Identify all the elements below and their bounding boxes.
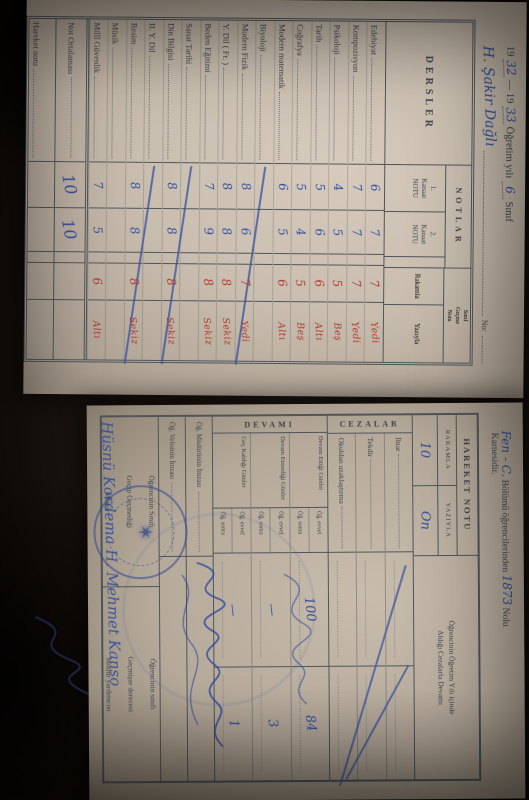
kanaat1-grade-cell: 5 <box>292 163 310 209</box>
kanaat2-grade-cell: 6 <box>237 209 255 253</box>
rakamla-grade-cell <box>181 264 199 300</box>
report-card-front-page: 19 32 — 19 33 Öğretim yılı 6 Sınıf H. Şa… <box>23 0 526 398</box>
dotted-rule <box>482 336 484 364</box>
rakamla-grade-cell <box>144 264 162 300</box>
subject-name-cell: Biyoloji <box>256 21 275 163</box>
kanaat1-grade-cell: 8 <box>126 162 144 208</box>
ceza-row: Okuldan uzaklaştırma <box>328 434 358 780</box>
separator-cell <box>218 253 236 265</box>
separator-cell <box>181 252 199 264</box>
ceza-label-cell: Tekdir <box>356 433 384 551</box>
rakamla-grade-cell: 8 <box>199 264 217 300</box>
yaziyla-grade-cell: Yedi <box>365 302 383 362</box>
yaziyla-header: YAZIYLA <box>438 484 456 555</box>
table-main-header: Öğrencinin Öğretim Yılı içinde Aldığı Ce… <box>414 556 480 779</box>
devam-sub-labels: Öğ. evvel Öğ. sonra <box>290 507 328 552</box>
veli-imza-label: Öğ. Velisinin İmzası <box>168 422 176 479</box>
hareket-notu-row: Hareket notu <box>27 19 57 359</box>
grades-table-header: DERSLER NOTLAR 1.KanaatNOTU 2.KanaatNOTU… <box>383 22 473 363</box>
grade-label: Sınıf <box>503 201 514 222</box>
subject-name-cell: Resim <box>126 20 145 162</box>
separator-cell <box>366 254 384 266</box>
subject-name-cell: Sanat Tarihi <box>182 20 201 162</box>
subject-row: Biyoloji <box>253 21 274 361</box>
subject-row: Müsik <box>105 20 126 360</box>
ogleden-sonra-label: Öğ. sonra <box>290 508 308 552</box>
rakamla-grade-cell: 6 <box>88 263 106 299</box>
report-card-back-page: Fen - C. Bölümü öğrencilerinden 1873 Nol… <box>87 402 526 800</box>
kanaat1-grade-cell <box>107 162 125 208</box>
kanaat2-grade-cell: 4 <box>292 209 310 253</box>
subject-name-cell: Modern matematik <box>274 21 293 163</box>
subject-name-cell: Millî Güvenlik <box>89 19 108 161</box>
page1-header: 19 32 — 19 33 Öğretim yılı 6 Sınıf H. Şa… <box>478 2 526 398</box>
subject-row: Beden Eğitimi 7 9 8 Sekiz <box>198 20 219 360</box>
yaziyla-grade-cell <box>254 301 272 361</box>
rakamla-header: RAKAMLA <box>438 415 456 485</box>
subject-row: II. Y. Dil <box>142 20 163 360</box>
rakamla-grade-cell: 5 <box>292 265 310 301</box>
hareket-notu-label: Hareket notu <box>31 22 41 66</box>
yaziyla-grade-cell: Sekiz <box>217 301 235 361</box>
no-suffix: Nolu <box>500 608 510 627</box>
subject-name-cell: II. Y. Dil <box>145 20 164 162</box>
subject-name-cell: Y. Dil ( Fr. ) <box>219 21 238 163</box>
subject-name-cell: Müsik <box>108 20 127 162</box>
ogleden-evvel-label: Öğ. evvel <box>308 508 327 552</box>
subject-row: Resim 8 8 8 Sekiz <box>124 20 145 360</box>
kanaat2-grade-cell: 8 <box>218 209 236 253</box>
rakamla-grade-cell: 8 <box>162 264 180 300</box>
section-handwritten: Fen - C. <box>499 431 513 478</box>
ceza-row: Tekdir <box>355 433 386 779</box>
subject-row: Sanat Tarihi <box>179 20 200 360</box>
kanaat1-grade-cell: 8 <box>163 162 181 208</box>
separator-cell <box>236 253 254 265</box>
yaziyla-grade-cell: Beş <box>328 301 346 361</box>
yaziyla-grade-cell: Beş <box>291 301 309 361</box>
year-prefix: 19 <box>504 46 515 57</box>
notlar-group-label: NOTLAR <box>444 165 471 267</box>
mudur-imza-label: Öğ. Müdürünün İmzası <box>195 422 203 488</box>
sinif-gecme-group-label: SınıfGeçmeNotu <box>443 268 471 362</box>
subject-row: Kompozisyon 7 7 7 Yedi <box>346 22 367 362</box>
term-label: Öğretim yılı <box>503 127 514 179</box>
yaziyla-grade-cell <box>143 300 161 360</box>
hareket-notu-block: HAREKET NOTU RAKAMLA YAZIYLA 10 On <box>413 415 478 556</box>
col-group-sinif-gecme: SınıfGeçmeNotu Rakamla Yazıyla <box>384 268 471 363</box>
col-header-kanaat2: 2.KanaatNOTU <box>384 211 444 257</box>
kanaat1-grade-cell: 6 <box>274 163 292 209</box>
separator-cell <box>144 252 162 264</box>
separator-cell <box>125 252 143 264</box>
cezalar-band: CEZALAR İhtar Tekdir <box>327 415 415 780</box>
student-name: H. Şakir Dağlı <box>480 46 499 147</box>
devam-label-cell: Devam Ettiği Günler <box>289 433 327 507</box>
yaziyla-grade-cell: Sekiz <box>199 300 217 360</box>
kanaat2-grade-cell: 5 <box>329 209 347 253</box>
yaziyla-grade-cell: Yedi <box>347 302 365 362</box>
kanaat1-grade-cell: 8 <box>237 163 255 209</box>
devam-label-cell: Geç Kaldığı Günler <box>213 433 251 507</box>
subject-row: Y. Dil ( Fr. ) 8 8 8 Sekiz <box>216 21 237 361</box>
subject-row: Tarih 5 6 6 Altı <box>309 21 330 361</box>
yaziyla-grade-cell: Yedi <box>236 301 254 361</box>
yaziyla-grade-cell: Altı <box>273 301 291 361</box>
devami-label: DEVAMI <box>245 420 295 429</box>
page2-header: Fen - C. Bölümü öğrencilerinden 1873 Nol… <box>489 402 526 798</box>
subject-row: Modern matematik 6 5 6 Altı <box>272 21 293 361</box>
separator-column <box>384 256 444 268</box>
year2-handwritten: 33 <box>502 106 518 125</box>
rakamla-grade-cell: 7 <box>366 266 384 302</box>
ceza-devre1-cell <box>385 551 413 665</box>
cezalar-label: CEZALAR <box>340 419 400 428</box>
separator-cell <box>162 252 180 264</box>
subject-row: Modern Fizik 8 6 7 Yedi <box>235 21 256 361</box>
kanaat2-grade-cell: 5 <box>89 207 107 251</box>
separator-cell <box>255 253 273 265</box>
rakamla-grade-cell <box>107 264 125 300</box>
col-header-rakamla: Rakamla <box>384 268 443 305</box>
yaziyla-grade-cell: Altı <box>88 299 106 359</box>
col-header-yaziyla: Yazıyla <box>384 304 444 363</box>
not-ortalamasi-row: Not Ortalaması 10 10 <box>54 19 90 359</box>
not-ortalamasi-label: Not Ortalaması <box>66 22 76 74</box>
subject-name-cell: Tarih <box>311 21 330 163</box>
ceza-devre1-cell <box>329 552 357 666</box>
student-number-handwritten: 1873 <box>500 575 514 606</box>
cezalar-rows: İhtar Tekdir Okuldan uzaklaştırma <box>328 433 414 780</box>
rakamla-grade-cell: 7 <box>236 265 254 301</box>
school-year-line: 19 32 — 19 33 Öğretim yılı 6 Sınıf <box>501 46 519 368</box>
subject-row: Coğrafya 5 4 5 Beş <box>290 21 311 361</box>
kanaat2-grade-cell: 9 <box>200 208 218 252</box>
devam-label-cell: Devam Etmediği Günler <box>251 433 289 507</box>
kanaat1-grade-cell: 5 <box>311 163 329 209</box>
grades-table: DERSLER NOTLAR 1.KanaatNOTU 2.KanaatNOTU… <box>24 16 476 366</box>
grade-handwritten: 6 <box>502 181 518 200</box>
rakamla-grade-cell: 7 <box>347 266 365 302</box>
subject-name-cell: Psikoloji <box>330 21 349 163</box>
no-label: No: <box>480 320 489 332</box>
rakamla-grade-cell: 5 <box>329 265 347 301</box>
kanaat2-grade-cell <box>107 208 125 252</box>
separator-cell <box>347 254 365 266</box>
subject-name-cell: Modern Fizik <box>237 21 256 163</box>
yaziyla-grade-cell: Sekiz <box>125 300 143 360</box>
ceza-row: İhtar <box>383 433 414 779</box>
photo-scene: 19 32 — 19 33 Öğretim yılı 6 Sınıf H. Şa… <box>0 0 529 800</box>
kanaat2-grade-cell: 6 <box>311 209 329 253</box>
separator-cell <box>329 253 347 265</box>
separator-cell <box>273 253 291 265</box>
printed-mid: Bölümü öğrencilerinden <box>499 480 510 573</box>
kanaat1-grade-cell: 7 <box>200 162 218 208</box>
subject-row: Millî Güvenlik 7 5 6 Altı <box>87 19 108 359</box>
yaziyla-grade-cell: Sekiz <box>162 300 180 360</box>
dotted-rule <box>482 150 485 315</box>
kanaat2-grade-cell: 8 <box>163 208 181 252</box>
kanaat2-grade-cell: 7 <box>366 210 384 254</box>
devam-devre2-cell: 84 <box>291 666 329 780</box>
ceza-label-cell: İhtar <box>384 433 412 551</box>
col-header-kanaat1: 1.KanaatNOTU <box>385 165 445 212</box>
kanaat1-grade-cell: 4 <box>329 163 347 209</box>
separator-cell <box>88 251 106 263</box>
yaziyla-grade-cell: Altı <box>310 301 328 361</box>
separator-cell <box>107 252 125 264</box>
kanaat1-grade-cell: 7 <box>348 164 366 210</box>
separator-cell <box>199 252 217 264</box>
kanaat1-grade-cell: 8 <box>218 163 236 209</box>
rakamla-grade-cell: 8 <box>125 264 143 300</box>
hareket-rakam-value: 10 <box>417 442 432 459</box>
rakamla-grade-cell: 6 <box>273 265 291 301</box>
kanaat2-grade-cell: 7 <box>348 210 366 254</box>
separator-cell <box>310 253 328 265</box>
subject-name-cell: Kompozisyon <box>348 22 367 164</box>
kanaat2-grade-cell: 8 <box>126 208 144 252</box>
subject-rows: Edebiyat 6 7 7 Yedi Kompozisyon 7 7 7 Ye… <box>87 19 386 362</box>
average-value-1: 10 <box>59 173 82 197</box>
year1-handwritten: 32 <box>503 59 519 78</box>
student-name-line: H. Şakir Dağlı No: <box>479 46 502 368</box>
yaziyla-grade-cell <box>180 300 198 360</box>
col-group-notlar: NOTLAR 1.KanaatNOTU 2.KanaatNOTU <box>384 165 471 269</box>
hareket-notu-title: HAREKET NOTU <box>456 415 478 555</box>
rakamla-grade-cell <box>255 265 273 301</box>
subject-name-cell: Edebiyat <box>367 22 386 164</box>
yaziyla-grade-cell <box>106 300 124 360</box>
rakamla-grade-cell: 8 <box>218 265 236 301</box>
year-dash: — <box>504 80 515 91</box>
year-prefix2: 19 <box>504 93 515 104</box>
subject-name-cell: Beden Eğitimi <box>200 20 219 162</box>
subject-row: Edebiyat 6 7 7 Yedi <box>364 22 385 362</box>
ceza-devre2-cell <box>358 665 386 779</box>
rakamla-grade-cell: 6 <box>310 265 328 301</box>
subject-row: Psikoloji 4 5 5 Beş <box>327 21 348 361</box>
hareket-yazi-value: On <box>418 511 433 530</box>
kanaat2-grade-cell: 5 <box>274 209 292 253</box>
subject-name-cell: Din Bilgisi <box>163 20 182 162</box>
ceza-label-cell: Okuldan uzaklaştırma <box>328 434 356 552</box>
separator-cell <box>292 253 310 265</box>
subject-row: Din Bilgisi 8 8 8 Sekiz <box>161 20 182 360</box>
average-value-2: 10 <box>58 218 81 242</box>
col-header-dersler: DERSLER <box>385 22 472 166</box>
kanaat1-grade-cell: 6 <box>366 164 384 210</box>
kanaat1-grade-cell: 7 <box>89 161 107 207</box>
subject-name-cell: Coğrafya <box>293 21 312 163</box>
